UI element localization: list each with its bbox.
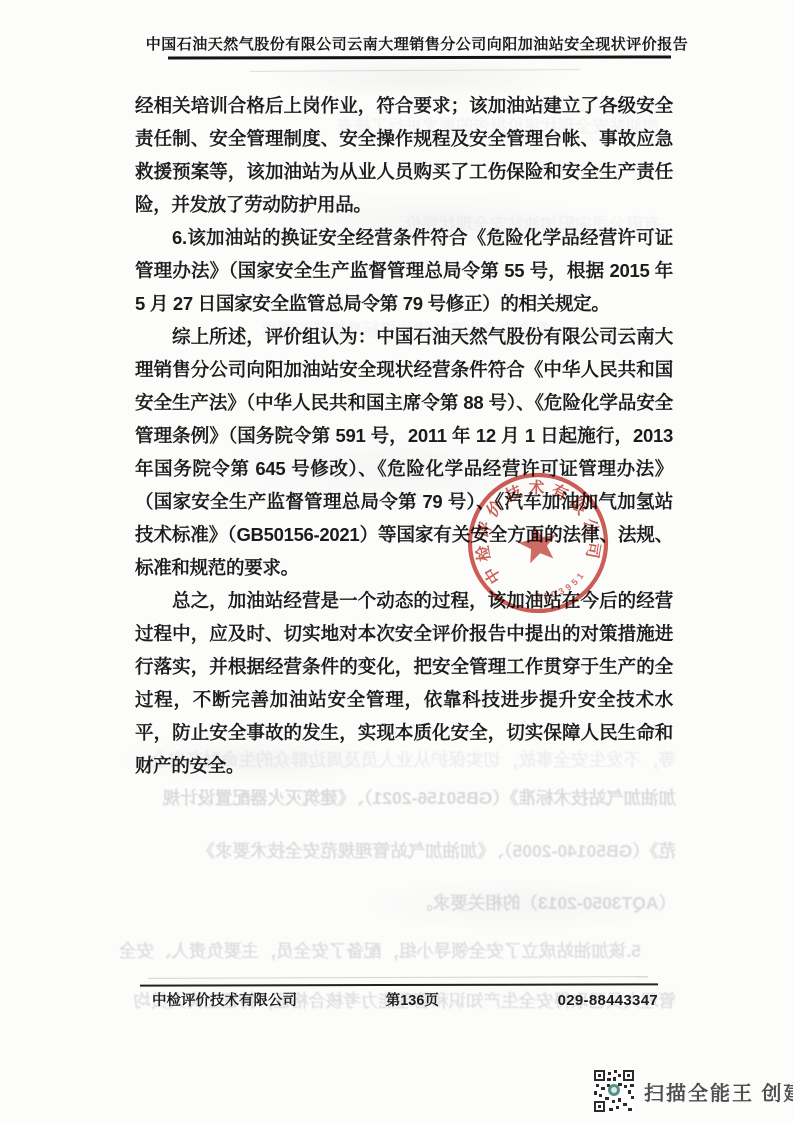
paragraph-summary: 总之，加油站经营是一个动态的过程，该加油站在今后的经营过程中，应及时、切实地对本… (135, 584, 673, 782)
camscanner-watermark: 扫描全能王 创建 (594, 1070, 793, 1112)
bleed-line: （AQT3050-2013）的相关要求。 (120, 890, 676, 915)
camscanner-qr-icon (594, 1070, 634, 1112)
page-footer: 中检评价技术有限公司 第136页 029-88443347 (140, 989, 658, 1010)
bleed-line: 范》（GB50140-2005）、《加油加气站管理规范安全技术要求》 (120, 838, 676, 863)
camscanner-label: 扫描全能王 创建 (644, 1077, 793, 1106)
header-rule-shadow (250, 69, 580, 72)
red-seal-stamp: 中检评价技术有限公司 61039518 (448, 452, 629, 634)
header-rule (168, 55, 671, 59)
body-text-block: 经相关培训合格后上岗作业，符合要求；该加油站建立了各级安全责任制、安全管理制度、… (135, 89, 673, 782)
bleed-line: 加油加气站技术标准》（GB50156-2021）、《建筑灭火器配置设计规 (120, 785, 676, 810)
bleed-line: 5.该加油站成立了安全领导小组，配备了安全员，主要负责人、安全 (120, 938, 676, 963)
paragraph-continuation: 经相关培训合格后上岗作业，符合要求；该加油站建立了各级安全责任制、安全管理制度、… (135, 89, 673, 221)
page-header-title: 中国石油天然气股份有限公司云南大理销售分公司向阳加油站安全现状评价报告 (57, 33, 777, 54)
paragraph-item6: 6.该加油站的换证安全经营条件符合《危险化学品经营许可证管理办法》（国家安全生产… (135, 221, 673, 320)
seal-star-icon (516, 521, 561, 564)
footer-phone: 029-88443347 (558, 989, 658, 1009)
document-page: 中国石油天然气股份有限公司云南大理销售分公司向阳加油站安全现状评价报告 等，不发… (0, 0, 793, 1123)
footer-page-number: 第136页 (297, 989, 558, 1010)
footer-company: 中检评价技术有限公司 (140, 989, 297, 1010)
